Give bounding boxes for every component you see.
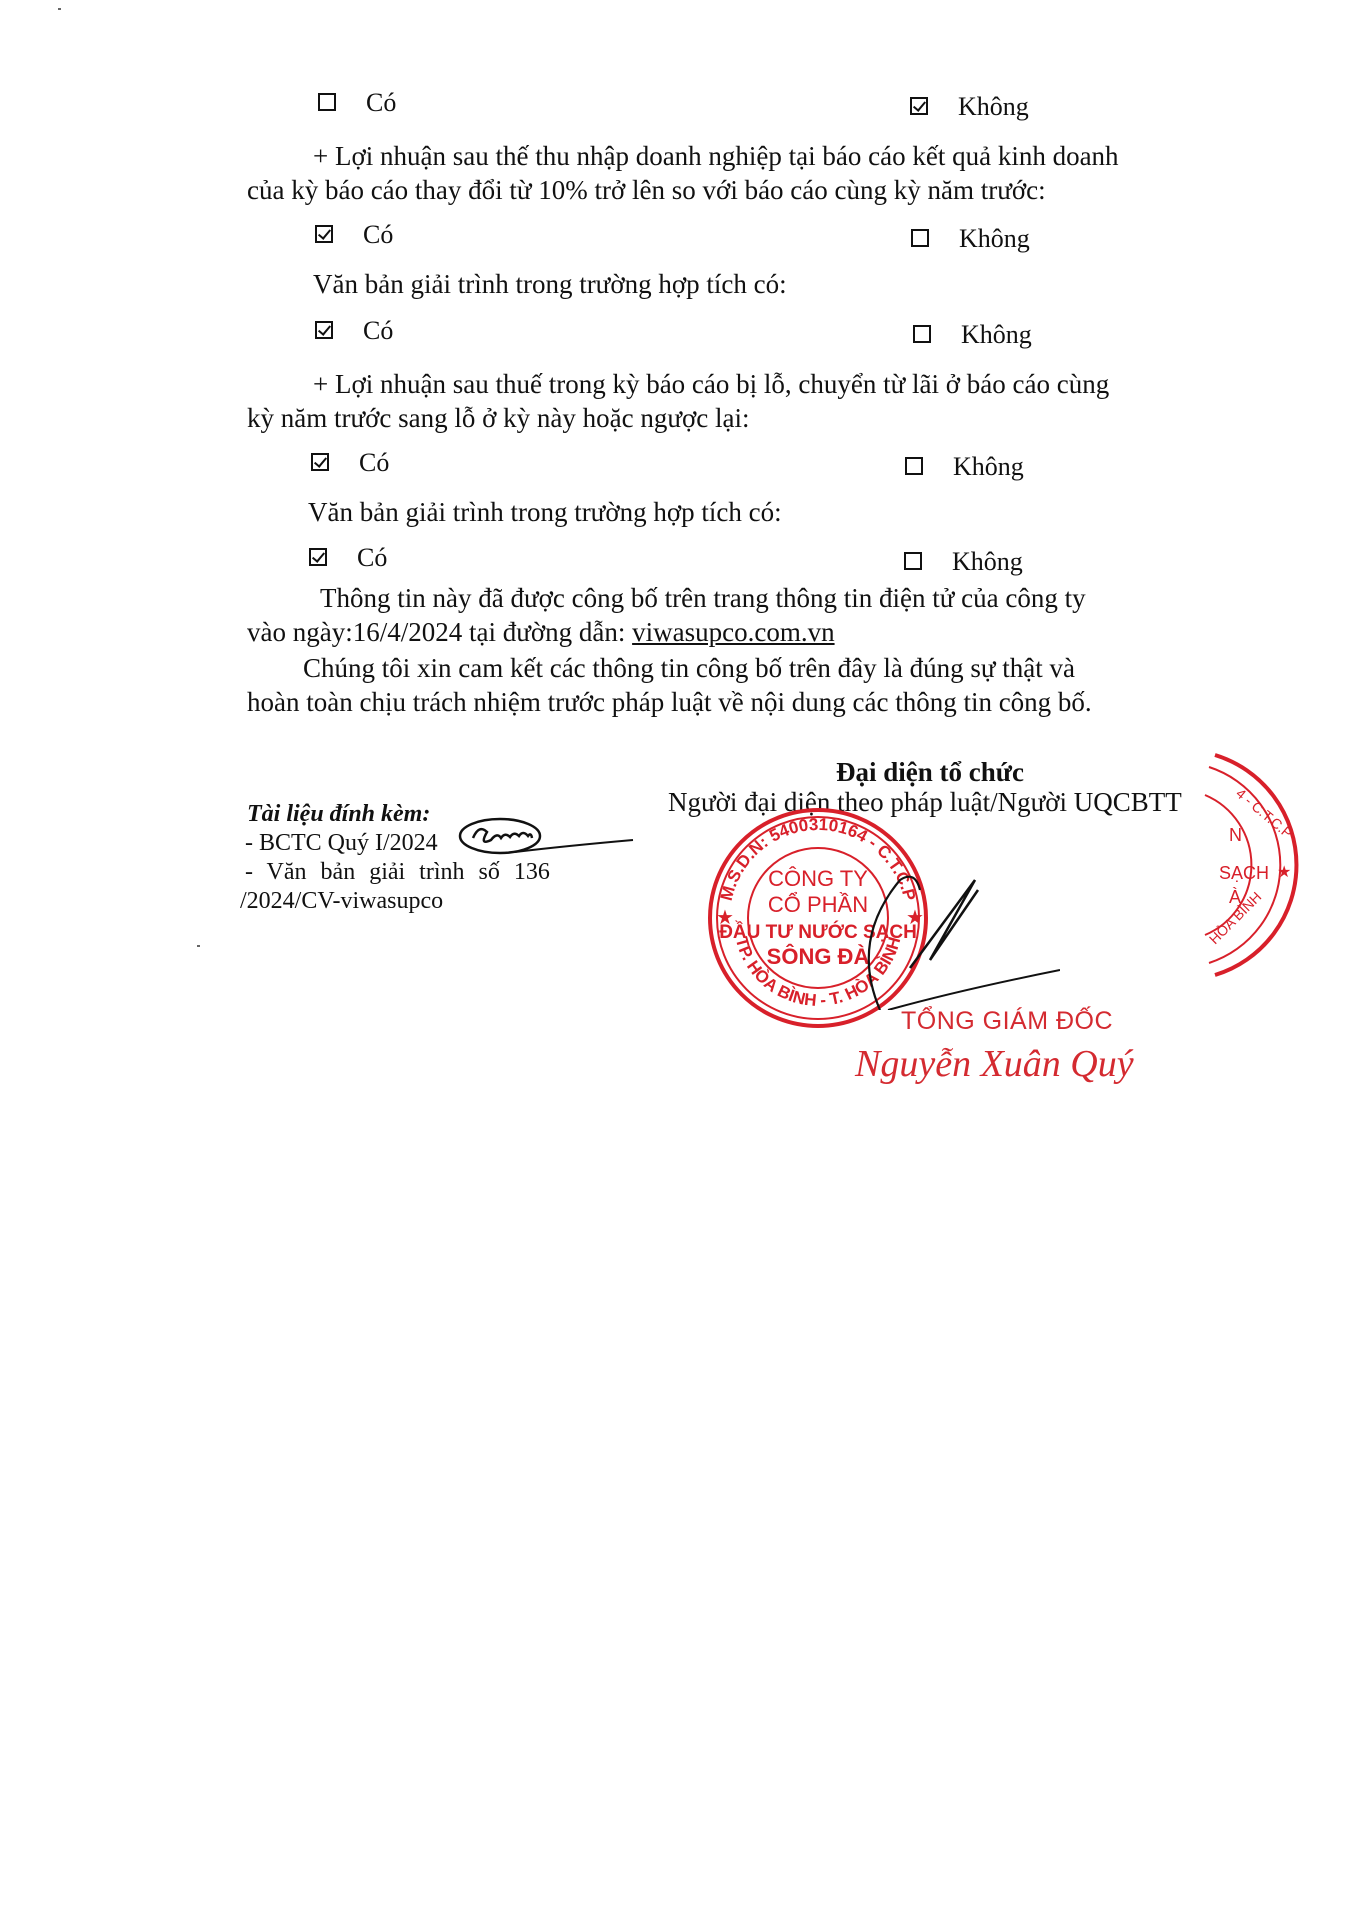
checkbox-co-2[interactable]: Có xyxy=(315,220,393,250)
checkbox-unchecked-icon xyxy=(318,93,336,111)
explanation-label-2: Văn bản giải trình trong trường hợp tích… xyxy=(308,496,782,528)
svg-text:CÔNG TY: CÔNG TY xyxy=(768,866,868,891)
checkbox-checked-icon xyxy=(309,548,327,566)
checkbox-checked-icon xyxy=(311,453,329,471)
checkbox-checked-icon xyxy=(315,225,333,243)
checkbox-co-4[interactable]: Có xyxy=(311,448,389,478)
checkbox-label: Không xyxy=(953,452,1024,481)
checkbox-label: Có xyxy=(366,88,396,117)
paragraph-loss-line1: + Lợi nhuận sau thuế trong kỳ báo cáo bị… xyxy=(313,368,1109,400)
checkbox-khong-5[interactable]: Không xyxy=(904,547,1023,577)
checkbox-unchecked-icon xyxy=(905,457,923,475)
checkbox-checked-icon xyxy=(315,321,333,339)
svg-text:★: ★ xyxy=(1277,864,1291,881)
checkbox-label: Không xyxy=(958,92,1029,121)
svg-text:SẠCH: SẠCH xyxy=(1219,863,1269,883)
checkbox-co-1[interactable]: Có xyxy=(318,88,396,118)
svg-text:N: N xyxy=(1229,825,1242,845)
checkbox-label: Có xyxy=(357,543,387,572)
handwritten-signature-icon xyxy=(860,860,1060,1010)
paragraph-loss-line2: kỳ năm trước sang lỗ ở kỳ này hoặc ngược… xyxy=(247,402,749,434)
attachment-item-3: /2024/CV-viwasupco xyxy=(240,887,443,916)
signer-position: TỔNG GIÁM ĐỐC xyxy=(901,1007,1113,1036)
paragraph-profit-change-line2: của kỳ báo cáo thay đổi từ 10% trở lên s… xyxy=(247,174,1046,206)
partial-stamp-icon: 4 - C.T.C.P ★ HÒA BÌNH N SẠCH À xyxy=(1195,745,1357,985)
checkbox-khong-3[interactable]: Không xyxy=(913,320,1032,350)
checkbox-unchecked-icon xyxy=(904,552,922,570)
svg-text:À: À xyxy=(1229,887,1241,907)
checkbox-label: Không xyxy=(961,320,1032,349)
svg-text:SÔNG ĐÀ: SÔNG ĐÀ xyxy=(767,944,870,969)
svg-text:CỔ PHẦN: CỔ PHẦN xyxy=(768,892,868,917)
publish-date-text: vào ngày:16/4/2024 tại đường dẫn: xyxy=(247,617,632,647)
attachment-item-1: - BCTC Quý I/2024 xyxy=(245,829,438,858)
explanation-label-1: Văn bản giải trình trong trường hợp tích… xyxy=(313,268,787,300)
checkbox-khong-2[interactable]: Không xyxy=(911,224,1030,254)
commitment-line2: hoàn toàn chịu trách nhiệm trước pháp lu… xyxy=(247,686,1092,718)
checkbox-label: Có xyxy=(363,220,393,249)
checkbox-co-3[interactable]: Có xyxy=(315,316,393,346)
checkbox-label: Không xyxy=(952,547,1023,576)
publish-statement-line2: vào ngày:16/4/2024 tại đường dẫn: viwasu… xyxy=(247,616,835,648)
scan-speck xyxy=(58,8,61,10)
commitment-line1: Chúng tôi xin cam kết các thông tin công… xyxy=(303,652,1075,684)
scan-speck xyxy=(197,945,200,947)
publish-statement-line1: Thông tin này đã được công bố trên trang… xyxy=(320,582,1086,614)
checkbox-khong-1[interactable]: Không xyxy=(910,92,1029,122)
signer-name: Nguyễn Xuân Quý xyxy=(855,1042,1134,1086)
checkbox-checked-icon xyxy=(910,97,928,115)
checkbox-khong-4[interactable]: Không xyxy=(905,452,1024,482)
website-link[interactable]: viwasupco.com.vn xyxy=(632,617,834,647)
checkbox-unchecked-icon xyxy=(911,229,929,247)
checkbox-unchecked-icon xyxy=(913,325,931,343)
initial-signature-icon xyxy=(455,812,635,862)
checkbox-label: Có xyxy=(359,448,389,477)
checkbox-co-5[interactable]: Có xyxy=(309,543,387,573)
attachment-item-2: - Văn bản giải trình số 136 xyxy=(245,858,550,887)
org-representative-title: Đại diện tổ chức xyxy=(836,756,1024,788)
paragraph-profit-change-line1: + Lợi nhuận sau thế thu nhập doanh nghiệ… xyxy=(313,140,1119,172)
attachments-title: Tài liệu đính kèm: xyxy=(247,800,430,829)
checkbox-label: Không xyxy=(959,224,1030,253)
checkbox-label: Có xyxy=(363,316,393,345)
